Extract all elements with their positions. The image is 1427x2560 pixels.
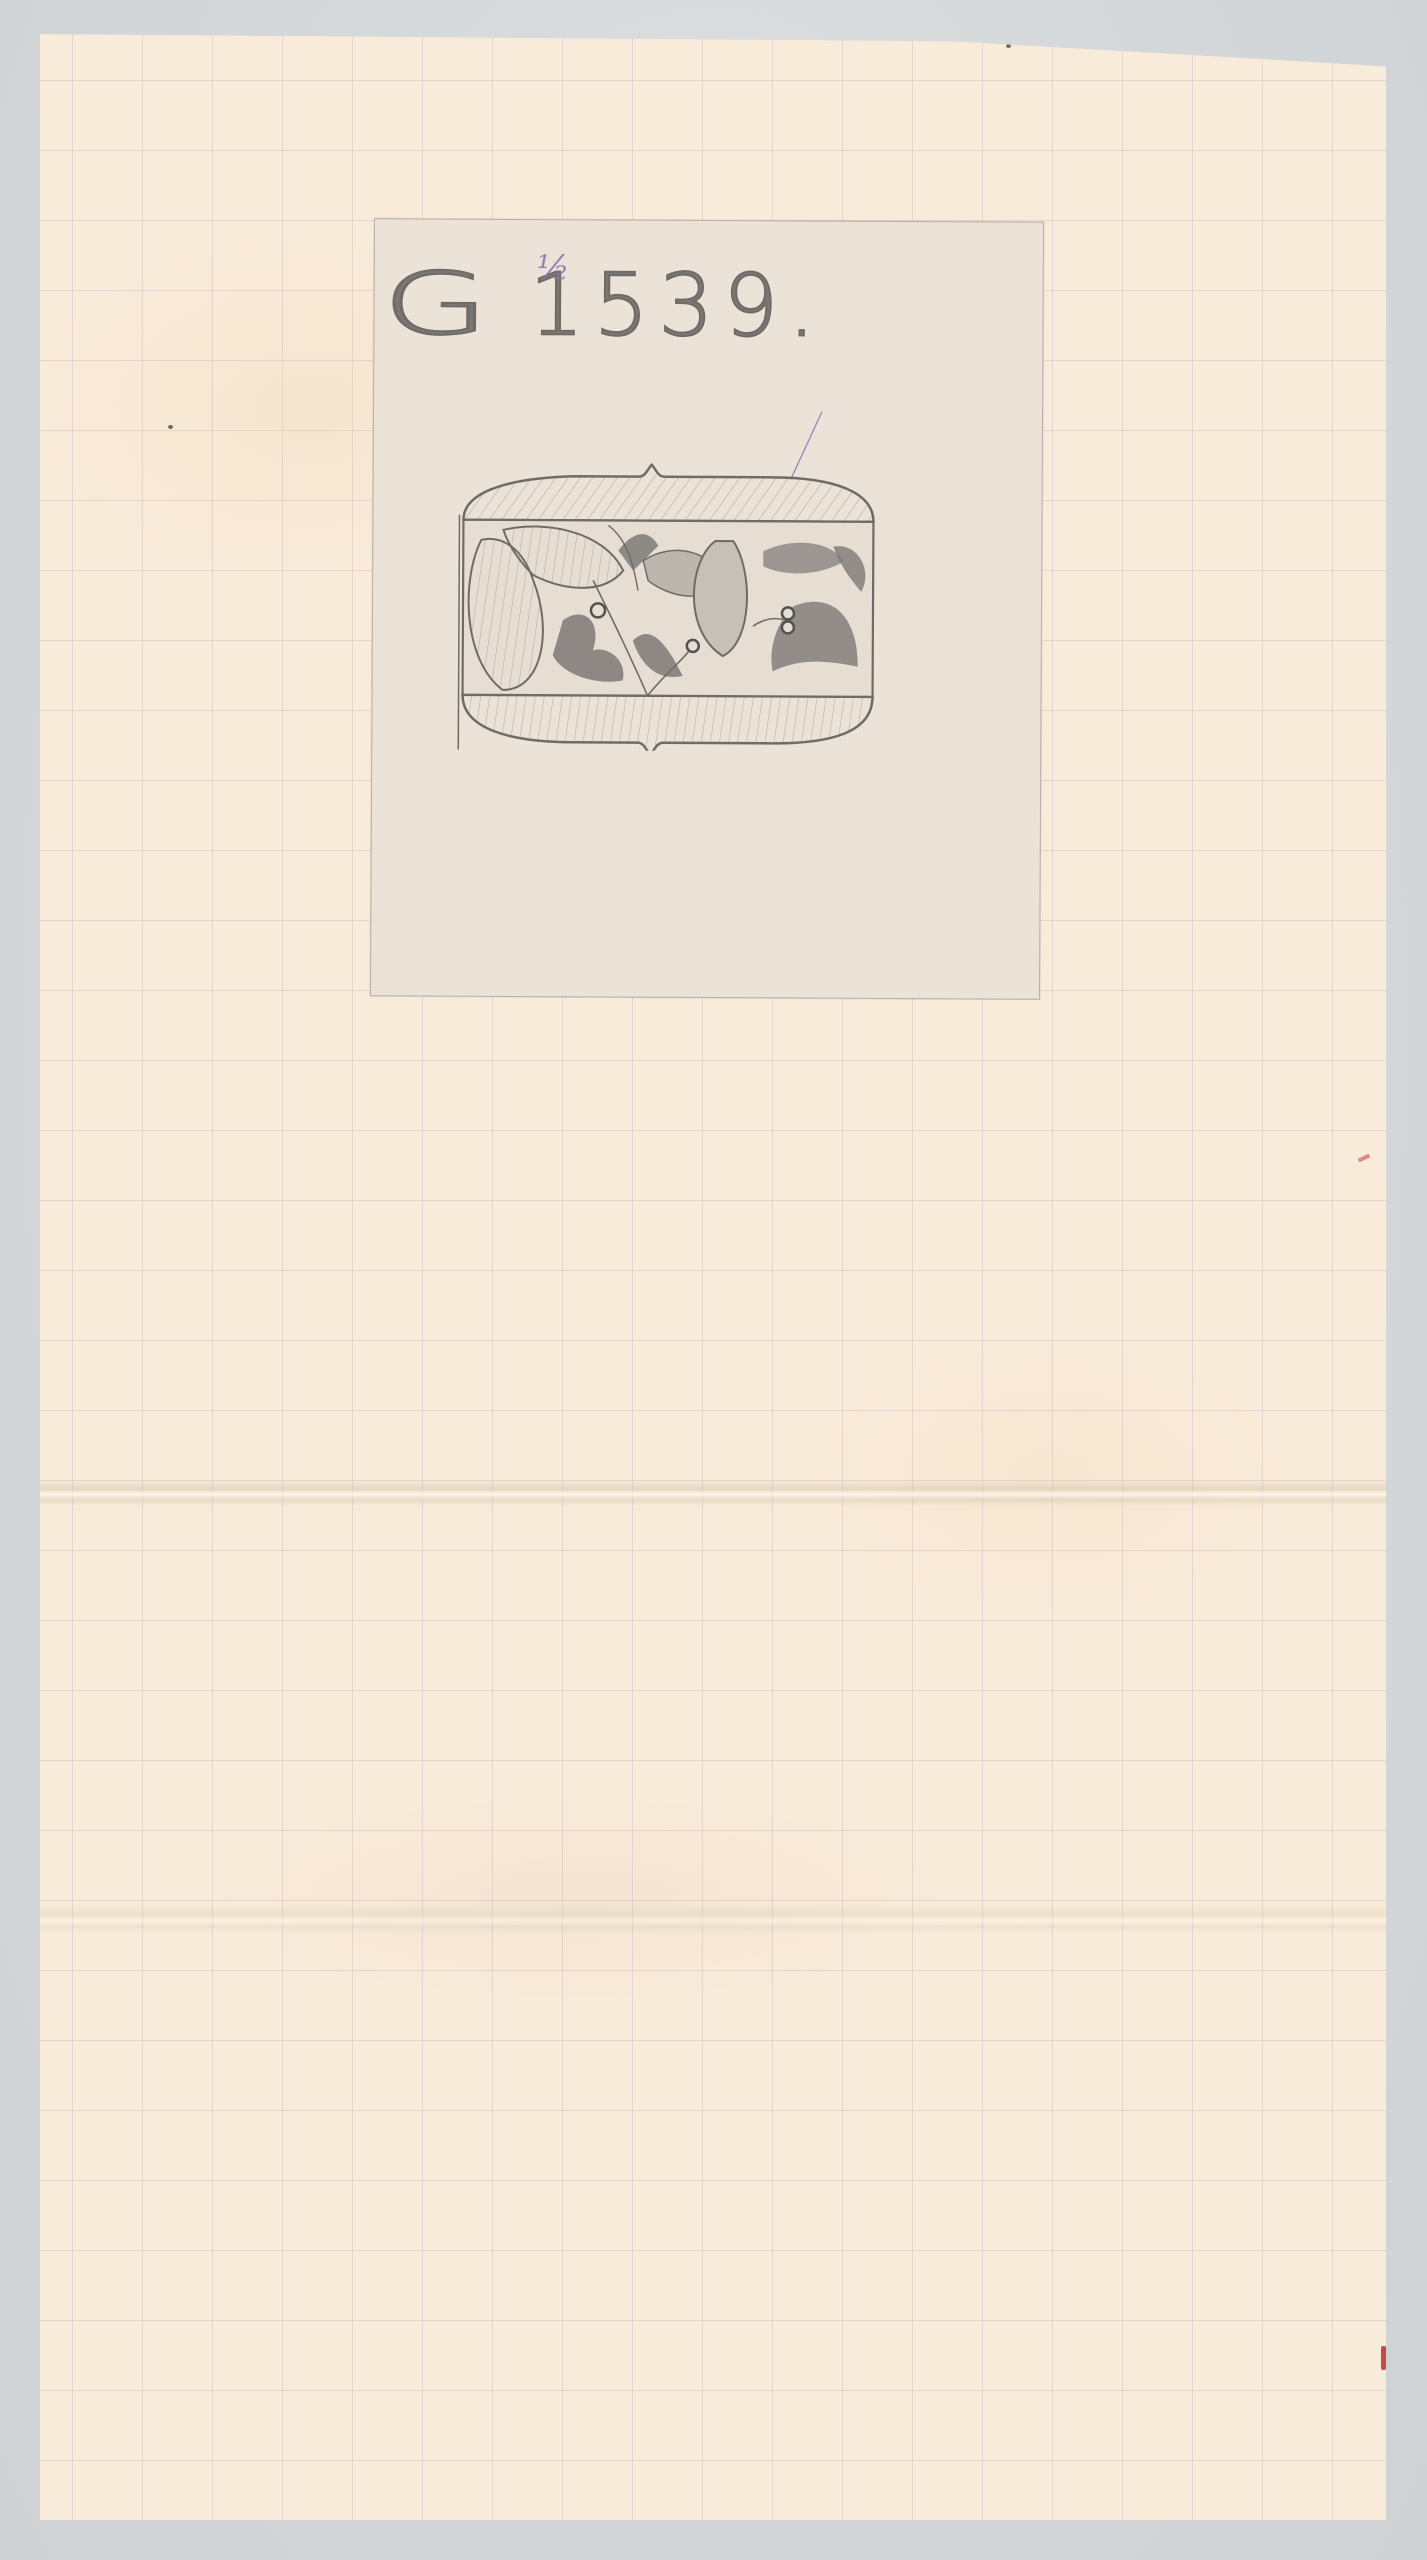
berry <box>782 621 794 633</box>
ink-speck <box>1006 44 1011 48</box>
reference-prefix: G <box>382 261 505 348</box>
graph-paper-sheet: G1539. ½ <box>40 34 1386 2520</box>
paper-fold-crease-faint <box>40 1904 1386 1934</box>
red-mark <box>1358 1154 1371 1163</box>
reference-digits: 1539. <box>529 255 826 357</box>
berry <box>591 603 605 617</box>
bottom-border <box>462 695 872 752</box>
purple-annotation: ½ <box>537 248 570 288</box>
ring-design-drawing <box>432 390 904 752</box>
pencil-speck <box>168 425 173 429</box>
berry <box>782 607 794 619</box>
red-edge-mark <box>1381 2346 1386 2370</box>
sketch-card: G1539. ½ <box>370 218 1044 999</box>
annotation-leader-line <box>791 411 822 479</box>
berry <box>687 640 699 652</box>
top-border <box>463 464 873 522</box>
paper-fold-crease <box>40 1480 1386 1506</box>
reference-number: G1539. <box>382 261 825 349</box>
